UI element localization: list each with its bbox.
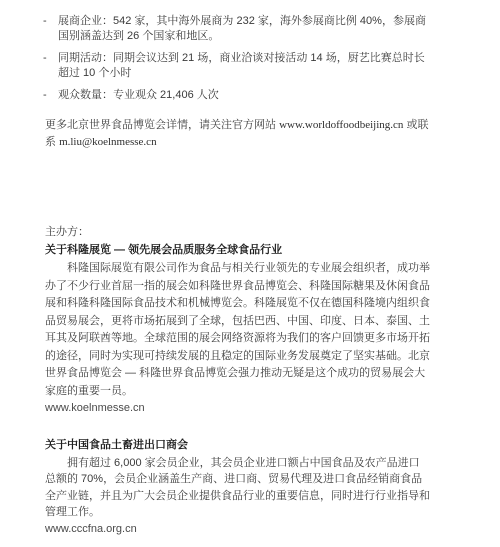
organizer-label: 主办方： — [45, 225, 430, 240]
contact-paragraph: 更多北京世界食品博览会详情，请关注官方网站 www.worldoffoodbei… — [45, 117, 430, 151]
bullet-dash: - — [43, 88, 58, 103]
bullet-list: - 展商企业：542 家，其中海外展商为 232 家，海外参展商比例 40%，参… — [45, 14, 430, 103]
bullet-dash: - — [43, 51, 58, 81]
koelnmesse-url: www.koelnmesse.cn — [45, 400, 430, 418]
bullet-item: - 观众数量：专业观众 21,406 人次 — [45, 88, 430, 103]
contact-email: m.liu@koelnmesse.cn — [59, 136, 157, 148]
bullet-item: - 同期活动：同期会议达到 21 场，商业洽谈对接活动 14 场，厨艺比赛总时长… — [45, 51, 430, 81]
bullet-item: - 展商企业：542 家，其中海外展商为 232 家，海外参展商比例 40%，参… — [45, 14, 430, 44]
section-body-koelnmesse: 科隆国际展览有限公司作为食品与相关行业领先的专业展会组织者，成功举办了不少行业首… — [45, 260, 430, 400]
cccfna-url: www.cccfna.org.cn — [45, 521, 430, 538]
section-heading-koelnmesse: 关于科隆展览 — 领先展会品质服务全球食品行业 — [45, 243, 430, 258]
document-page: - 展商企业：542 家，其中海外展商为 232 家，海外参展商比例 40%，参… — [0, 0, 500, 547]
bullet-item-text: 展商企业：542 家，其中海外展商为 232 家，海外参展商比例 40%，参展商… — [58, 14, 430, 44]
bullet-item-text: 观众数量：专业观众 21,406 人次 — [58, 88, 430, 103]
contact-text-prefix: 更多北京世界食品博览会详情，请关注官方网站 — [45, 119, 279, 131]
section-body-cccfna: 拥有超过 6,000 家会员企业，其会员企业进口额占中国食品及农产品进口总额的 … — [45, 455, 430, 521]
bullet-dash: - — [43, 14, 58, 44]
section-heading-cccfna: 关于中国食品土畜进出口商会 — [45, 438, 430, 453]
bullet-item-text: 同期活动：同期会议达到 21 场，商业洽谈对接活动 14 场，厨艺比赛总时长超过… — [58, 51, 430, 81]
official-website-url: www.worldoffoodbeijing.cn — [279, 119, 403, 131]
